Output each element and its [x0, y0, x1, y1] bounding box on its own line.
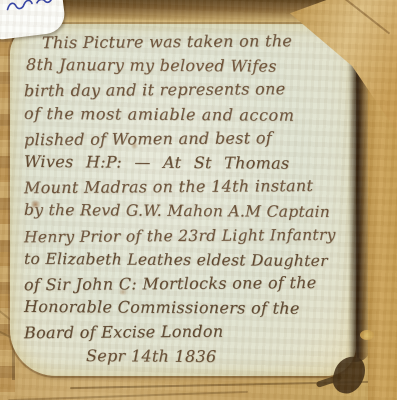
- note-text: This Picture was taken on the8th January…: [24, 30, 344, 369]
- frame-bottom-crease-2: [8, 391, 248, 400]
- note-line: Wives H:P: — At St Thomas: [24, 150, 344, 176]
- note-line: Mount Madras on the 14th instant: [24, 174, 344, 201]
- note-line: Board of Excise London: [24, 319, 344, 346]
- note-line: birth day and it represents one: [24, 77, 344, 104]
- note-line: Sepr 14th 1836: [86, 344, 344, 370]
- handwritten-note-photo: This Picture was taken on the8th January…: [0, 0, 397, 400]
- note-line: of Sir John C: Mortlocks one of the: [24, 271, 344, 298]
- gold-fleck: [360, 330, 374, 340]
- note-line: Honorable Commissioners of the: [24, 295, 344, 321]
- blue-ink-squiggle-icon: [4, 0, 53, 15]
- note-line: 8th January my beloved Wifes: [26, 53, 344, 79]
- note-line: This Picture was taken on the: [42, 29, 344, 56]
- note-line: of the most amiable and accom: [24, 101, 344, 127]
- note-line: to Elizabeth Leathes eldest Daughter: [24, 247, 344, 273]
- note-line: Henry Prior of the 23rd Light Infantry: [24, 222, 344, 249]
- note-line: plished of Women and best of: [24, 126, 344, 153]
- note-line: by the Revd G.W. Mahon A.M Captain: [24, 198, 344, 224]
